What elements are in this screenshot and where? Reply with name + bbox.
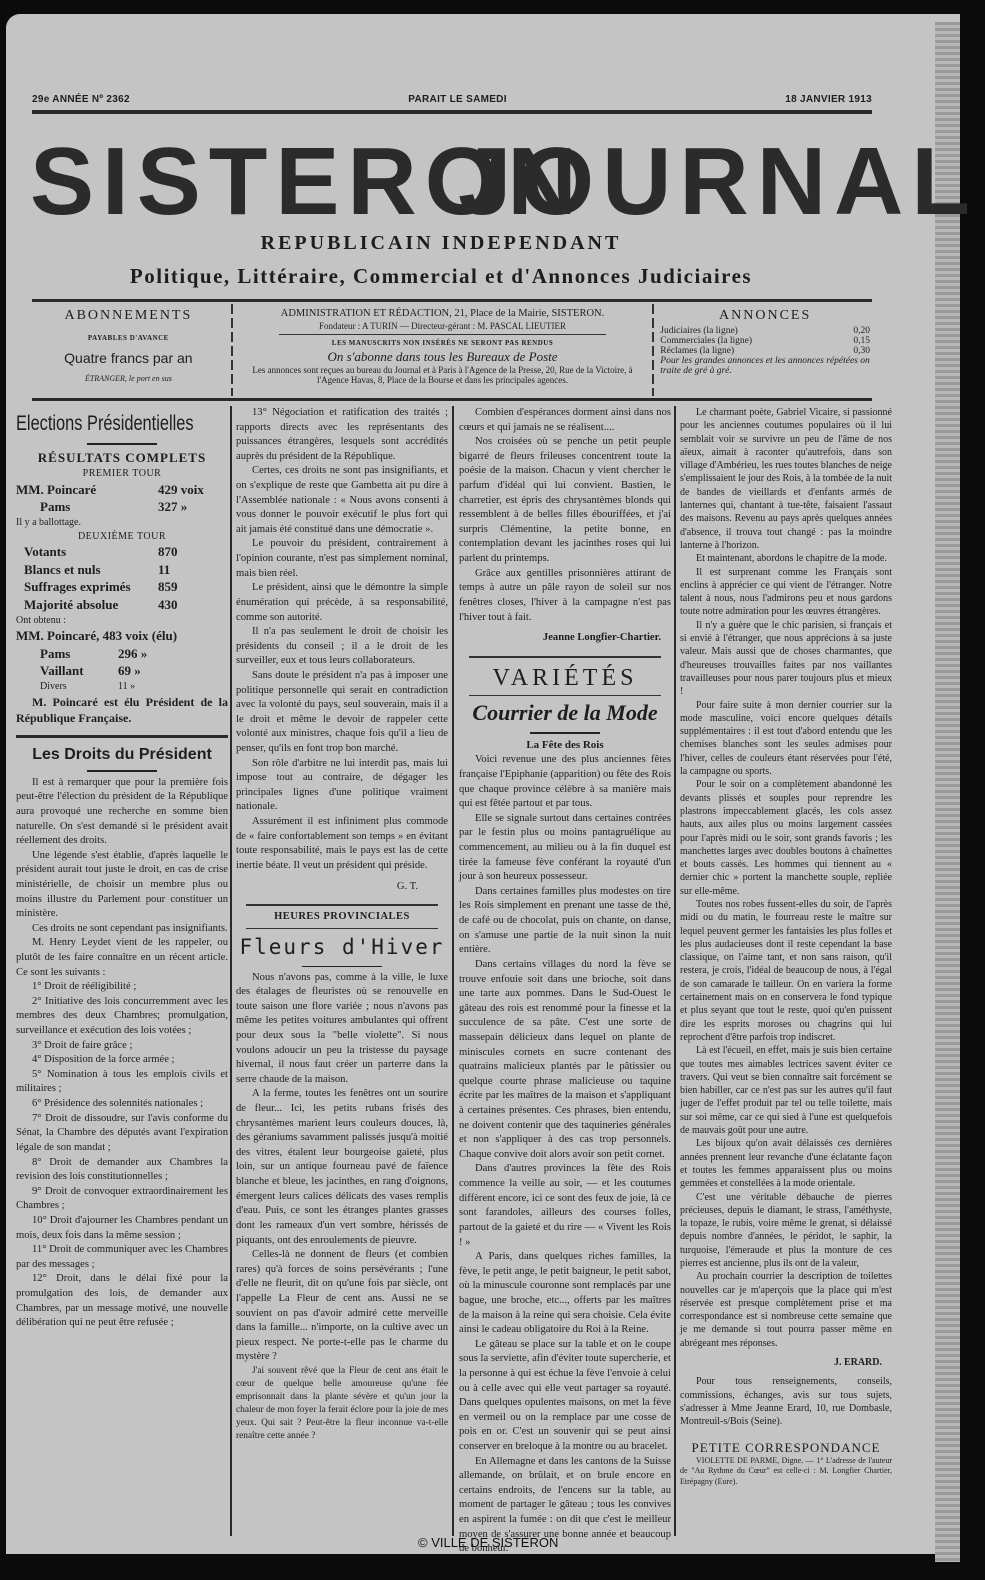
column-4: Le charmant poète, Gabriel Vicaire, si p… — [680, 406, 892, 1488]
list-item: 12° Droit, dans le délai fixé pour la pr… — [16, 1272, 228, 1330]
paragraph: J'ai souvent rêvé que la Fleur de cent a… — [236, 1365, 448, 1443]
masthead-subtitle: REPUBLICAIN INDEPENDANT — [6, 232, 876, 255]
administration-box: ADMINISTRATION ET RÉDACTION, 21, Place d… — [233, 304, 653, 396]
ads-rate-row: Réclames (la ligne)0,30 — [660, 346, 870, 356]
list-item: 5° Nomination à tous les emplois civils … — [16, 1068, 228, 1097]
payable-note: PAYABLES D'AVANCE — [32, 334, 225, 342]
mode-subheading: La Fête des Rois — [459, 738, 671, 753]
paragraph: Le charmant poète, Gabriel Vicaire, si p… — [680, 406, 892, 552]
list-item: 2° Initiative des lois concurremment ave… — [16, 995, 228, 1039]
paragraph: Et maintenant, abordons le chapitre de l… — [680, 552, 892, 565]
paragraph: A Paris, dans quelques riches familles, … — [459, 1250, 671, 1338]
infobox-top-rule — [32, 299, 872, 302]
rule — [530, 732, 600, 734]
ads-box: ANNONCES Judiciaires (la ligne)0,20 Comm… — [654, 304, 876, 396]
paragraph: Voici revenue une des plus anciennes fêt… — [459, 753, 671, 811]
paragraph: Pour le soir on a complètement abandonné… — [680, 778, 892, 898]
subscription-price: Quatre francs par an — [32, 350, 225, 366]
paragraph: Dans certaines familles plus modestes on… — [459, 885, 671, 958]
rule — [87, 770, 157, 772]
paragraph: M. Henry Leydet vient de les rappeler, o… — [16, 936, 228, 980]
column-3: Combien d'espérances dorment ainsi dans … — [459, 406, 671, 1557]
masthead-tagline: Politique, Littéraire, Commercial et d'A… — [6, 264, 876, 289]
subscriptions-title: ABONNEMENTS — [32, 308, 225, 324]
paragraph: Le gâteau se place sur la table et on le… — [459, 1338, 671, 1455]
ads-rate-row: Judiciaires (la ligne)0,20 — [660, 326, 870, 336]
election-conclusion: M. Poincaré est élu Président de la Répu… — [16, 694, 228, 727]
article-signature: G. T. — [236, 880, 448, 895]
subscribe-note: On s'abonne dans tous les Bureaux de Pos… — [239, 349, 647, 365]
list-item: 8° Droit de demander aux Chambres la rev… — [16, 1156, 228, 1185]
paragraph: Une légende s'est établie, d'après laque… — [16, 849, 228, 922]
obtained-label: Ont obtenu : — [16, 614, 228, 628]
paragraph: Les bijoux qu'on avait délaissés ces der… — [680, 1137, 892, 1190]
ads-title: ANNONCES — [660, 308, 870, 324]
masthead-title-right: JOURNAL — [458, 128, 978, 235]
column-divider — [452, 406, 454, 1536]
correspondence-text: VIOLETTE DE PARME, Digne. — 1° L'adresse… — [680, 1456, 892, 1488]
results-heading: RÉSULTATS COMPLETS — [16, 449, 228, 467]
list-item: 10° Droit d'ajourner les Chambres pendan… — [16, 1214, 228, 1243]
section-title: VARIÉTÉS — [469, 662, 661, 696]
paragraph: Combien d'espérances dorment ainsi dans … — [459, 406, 671, 435]
second-round-heading: DEUXIÈME TOUR — [16, 530, 228, 544]
founders-line: Fondateur : A TURIN — Directeur-gérant :… — [279, 321, 607, 335]
masthead-topbar: 29e ANNÉE Nº 2362 PARAIT LE SAMEDI 18 JA… — [32, 94, 872, 105]
list-item: 3° Droit de faire grâce ; — [16, 1039, 228, 1054]
section-kicker: HEURES PROVINCIALES — [246, 910, 438, 928]
paragraph: Assurément il est infiniment plus commod… — [236, 815, 448, 873]
stat-row: Votants870 — [16, 543, 228, 561]
mode-headline: Courrier de la Mode — [459, 698, 671, 728]
paragraph: Il est à remarquer que pour la première … — [16, 776, 228, 849]
vote-row: MM. Poincaré429 voix — [16, 481, 228, 499]
list-item: 1° Droit de rééligibilité ; — [16, 980, 228, 995]
ads-info: Les annonces sont reçues au bureau du Jo… — [239, 365, 647, 385]
contact-info: Pour tous renseignements, conseils, comm… — [680, 1375, 892, 1428]
ads-footnote: Pour les grandes annonces et les annonce… — [660, 356, 870, 376]
stat-row: Majorité absolue430 — [16, 596, 228, 614]
paragraph: Nos croisées où se penche un petit peupl… — [459, 435, 671, 566]
list-item: 13° Négociation et ratification des trai… — [236, 406, 448, 464]
paragraph: Nous n'avons pas, comme à la ville, le l… — [236, 971, 448, 1088]
paragraph: Pour faire suite à mon dernier courrier … — [680, 699, 892, 779]
ballottage-note: Il y a ballottage. — [16, 516, 228, 530]
paragraph: Grâce aux gentilles prisonnières attiran… — [459, 567, 671, 625]
vote-row: Pams327 » — [16, 498, 228, 516]
paragraph: Celles-là ne donnent de fleurs (et combi… — [236, 1248, 448, 1365]
paragraph: C'est une véritable débauche de pierres … — [680, 1191, 892, 1271]
paragraph: Certes, ces droits ne sont pas insignifi… — [236, 464, 448, 537]
article-signature: J. ERARD. — [680, 1356, 892, 1369]
column-1: Elections Présidentielles RÉSULTATS COMP… — [16, 406, 228, 1331]
stat-row: Suffrages exprimés859 — [16, 578, 228, 596]
foreign-note: ÉTRANGER, le port en sus — [32, 374, 225, 383]
vote-row: Divers11 » — [16, 680, 228, 694]
info-box: ABONNEMENTS PAYABLES D'AVANCE Quatre fra… — [26, 304, 876, 396]
newspaper-page: 29e ANNÉE Nº 2362 PARAIT LE SAMEDI 18 JA… — [6, 14, 960, 1554]
list-item: 6° Présidence des solennités nationales … — [16, 1097, 228, 1112]
first-round-heading: PREMIER TOUR — [16, 467, 228, 481]
column-2: 13° Négociation et ratification des trai… — [236, 406, 448, 1443]
ornament-rule — [469, 656, 661, 658]
vote-row: Pams296 » — [16, 645, 228, 663]
copyright-footer: © VILLE DE SISTERON — [418, 1535, 558, 1550]
ads-rate-row: Commerciales (la ligne)0,15 — [660, 336, 870, 346]
paragraph: Au prochain courrier la description de t… — [680, 1270, 892, 1350]
paragraph: Le pouvoir du président, contrairement à… — [236, 537, 448, 581]
rule — [302, 966, 382, 967]
paragraph: Sans doute le président n'a pas à impose… — [236, 669, 448, 757]
paragraph: Elle se signale surtout dans certaines c… — [459, 812, 671, 885]
droits-headline: Les Droits du Président — [16, 744, 228, 766]
rule — [16, 735, 228, 738]
fleurs-headline: Fleurs d'Hiver — [236, 933, 448, 962]
subscriptions-box: ABONNEMENTS PAYABLES D'AVANCE Quatre fra… — [26, 304, 231, 396]
paragraph: Il n'a pas seulement le droit de choisir… — [236, 625, 448, 669]
paragraph: Dans d'autres provinces la fête des Rois… — [459, 1162, 671, 1250]
stat-row: Blancs et nuls11 — [16, 561, 228, 579]
paragraph: Son rôle d'arbitre ne lui interdit pas, … — [236, 757, 448, 815]
admin-address: ADMINISTRATION ET RÉDACTION, 21, Place d… — [239, 308, 647, 319]
page-edge — [935, 22, 960, 1562]
infobox-bottom-rule — [32, 398, 872, 401]
column-divider — [674, 406, 676, 1536]
paragraph: Il n'y a guère que le chic parisien, si … — [680, 619, 892, 699]
list-item: 9° Droit de convoquer extraordinairement… — [16, 1185, 228, 1214]
list-item: 7° Droit de dissoudre, sur l'avis confor… — [16, 1112, 228, 1156]
paragraph: A la ferme, toutes les fenêtres ont un s… — [236, 1087, 448, 1248]
paragraph: Toutes nos robes fussent-elles du soir, … — [680, 898, 892, 1044]
paragraph: Dans certains villages du nord la fève s… — [459, 958, 671, 1163]
masthead-rule — [32, 110, 872, 114]
paragraph: Le président, ainsi que le démontre la s… — [236, 581, 448, 625]
list-item: 11° Droit de communiquer avec les Chambr… — [16, 1243, 228, 1272]
article-signature: Jeanne Longfier-Chartier. — [459, 631, 671, 646]
correspondence-heading: PETITE CORRESPONDANCE — [680, 1439, 892, 1456]
publication-frequency: PARAIT LE SAMEDI — [408, 94, 507, 105]
masthead: SISTERON S JOURNAL — [30, 132, 875, 232]
rule — [87, 443, 157, 445]
elections-headline: Elections Présidentielles — [16, 410, 181, 439]
manuscripts-note: LES MANUSCRITS NON INSÉRÉS NE SERONT PAS… — [239, 339, 647, 347]
paragraph: Ces droits ne sont cependant pas insigni… — [16, 922, 228, 937]
column-divider — [230, 406, 232, 1536]
vote-row: Vaillant69 » — [16, 662, 228, 680]
issue-date: 18 JANVIER 1913 — [785, 94, 872, 105]
issue-number: 29e ANNÉE Nº 2362 — [32, 94, 130, 105]
list-item: 4° Disposition de la force armée ; — [16, 1053, 228, 1068]
paragraph: Là est l'écueil, en effet, mais je suis … — [680, 1044, 892, 1137]
paragraph: Il est surprenant comme les Français son… — [680, 566, 892, 619]
vote-row: MM. Poincaré, 483 voix (élu) — [16, 627, 228, 645]
ornament-rule — [246, 904, 438, 906]
